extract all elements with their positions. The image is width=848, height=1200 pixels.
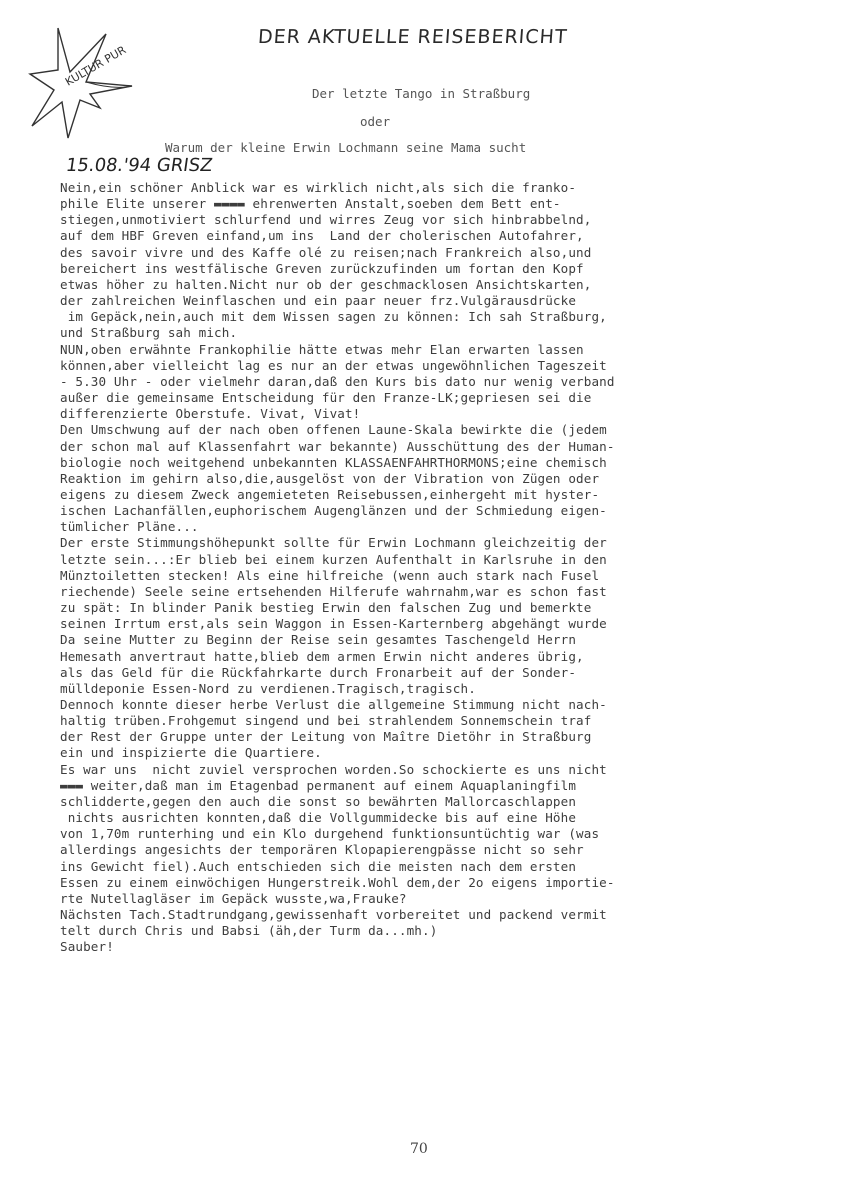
body-line: Hemesath anvertraut hatte,blieb dem arme… [60,649,840,665]
article-body: Nein,ein schöner Anblick war es wirklich… [60,180,840,956]
body-line: allerdings angesichts der temporären Klo… [60,842,840,858]
body-line: Da seine Mutter zu Beginn der Reise sein… [60,632,840,648]
body-line: Münztoiletten stecken! Als eine hilfreic… [60,568,840,584]
body-line: biologie noch weitgehend unbekannten KLA… [60,455,840,471]
body-line: ischen Lachanfällen,euphorischem Augengl… [60,503,840,519]
body-line: seinen Irrtum erst,als sein Waggon in Es… [60,616,840,632]
body-line: stiegen,unmotiviert schlurfend und wirre… [60,212,840,228]
body-line: können,aber vielleicht lag es nur an der… [60,358,840,374]
body-line: ins Gewicht fiel).Auch entschieden sich … [60,859,840,875]
subtitle-line: oder [360,114,390,129]
body-line: Den Umschwung auf der nach oben offenen … [60,422,840,438]
body-line: der schon mal auf Klassenfahrt war bekan… [60,439,840,455]
body-line: NUN,oben erwähnte Frankophilie hätte etw… [60,342,840,358]
body-line: nichts ausrichten konnten,daß die Vollgu… [60,810,840,826]
subtitle-line: Der letzte Tango in Straßburg [312,86,530,101]
body-line: etwas höher zu halten.Nicht nur ob der g… [60,277,840,293]
page-number: 70 [410,1141,428,1157]
body-line: schlidderte,gegen den auch die sonst so … [60,794,840,810]
body-line: der zahlreichen Weinflaschen und ein paa… [60,293,840,309]
body-line: und Straßburg sah mich. [60,325,840,341]
body-line: Es war uns nicht zuviel versprochen word… [60,762,840,778]
body-line: Essen zu einem einwöchigen Hungerstreik.… [60,875,840,891]
body-line: riechende) Seele seine ertsehenden Hilfe… [60,584,840,600]
body-line: ein und inspizierte die Quartiere. [60,745,840,761]
body-line: Nächsten Tach.Stadtrundgang,gewissenhaft… [60,907,840,923]
body-line: phile Elite unserer ▬▬▬▬ ehrenwerten Ans… [60,196,840,212]
body-line: im Gepäck,nein,auch mit dem Wissen sagen… [60,309,840,325]
body-line: telt durch Chris und Babsi (äh,der Turm … [60,923,840,939]
body-line: rte Nutellagläser im Gepäck wusste,wa,Fr… [60,891,840,907]
body-line: haltig trüben.Frohgemut singend und bei … [60,713,840,729]
body-line: des savoir vivre und des Kaffe olé zu re… [60,245,840,261]
body-line: differenzierte Oberstufe. Vivat, Vivat! [60,406,840,422]
body-line: von 1,70m runterhing und ein Klo durgehe… [60,826,840,842]
body-line: Dennoch konnte dieser herbe Verlust die … [60,697,840,713]
body-line: Nein,ein schöner Anblick war es wirklich… [60,180,840,196]
kultur-pur-star-logo: KULTUR PUR [28,20,138,140]
body-line: ▬▬▬ weiter,daß man im Etagenbad permanen… [60,778,840,794]
body-line: als das Geld für die Rückfahrkarte durch… [60,665,840,681]
body-line: Sauber! [60,939,840,955]
document-title: DER AKTUELLE REISEBERICHT [257,26,568,48]
body-line: auf dem HBF Greven einfand,um ins Land d… [60,228,840,244]
body-line: Reaktion im gehirn also,die,ausgelöst vo… [60,471,840,487]
body-line: mülldeponie Essen-Nord zu verdienen.Trag… [60,681,840,697]
handwritten-date-author: 15.08.'94 GRISZ [65,155,214,176]
body-line: tümlicher Pläne... [60,519,840,535]
body-line: zu spät: In blinder Panik bestieg Erwin … [60,600,840,616]
body-line: außer die gemeinsame Entscheidung für de… [60,390,840,406]
subtitle-line: Warum der kleine Erwin Lochmann seine Ma… [165,140,526,155]
body-line: Der erste Stimmungshöhepunkt sollte für … [60,535,840,551]
body-line: bereichert ins westfälische Greven zurüc… [60,261,840,277]
body-line: eigens zu diesem Zweck angemieteten Reis… [60,487,840,503]
body-line: - 5.30 Uhr - oder vielmehr daran,daß den… [60,374,840,390]
svg-text:KULTUR PUR: KULTUR PUR [63,43,129,88]
body-line: letzte sein...:Er blieb bei einem kurzen… [60,552,840,568]
body-line: der Rest der Gruppe unter der Leitung vo… [60,729,840,745]
